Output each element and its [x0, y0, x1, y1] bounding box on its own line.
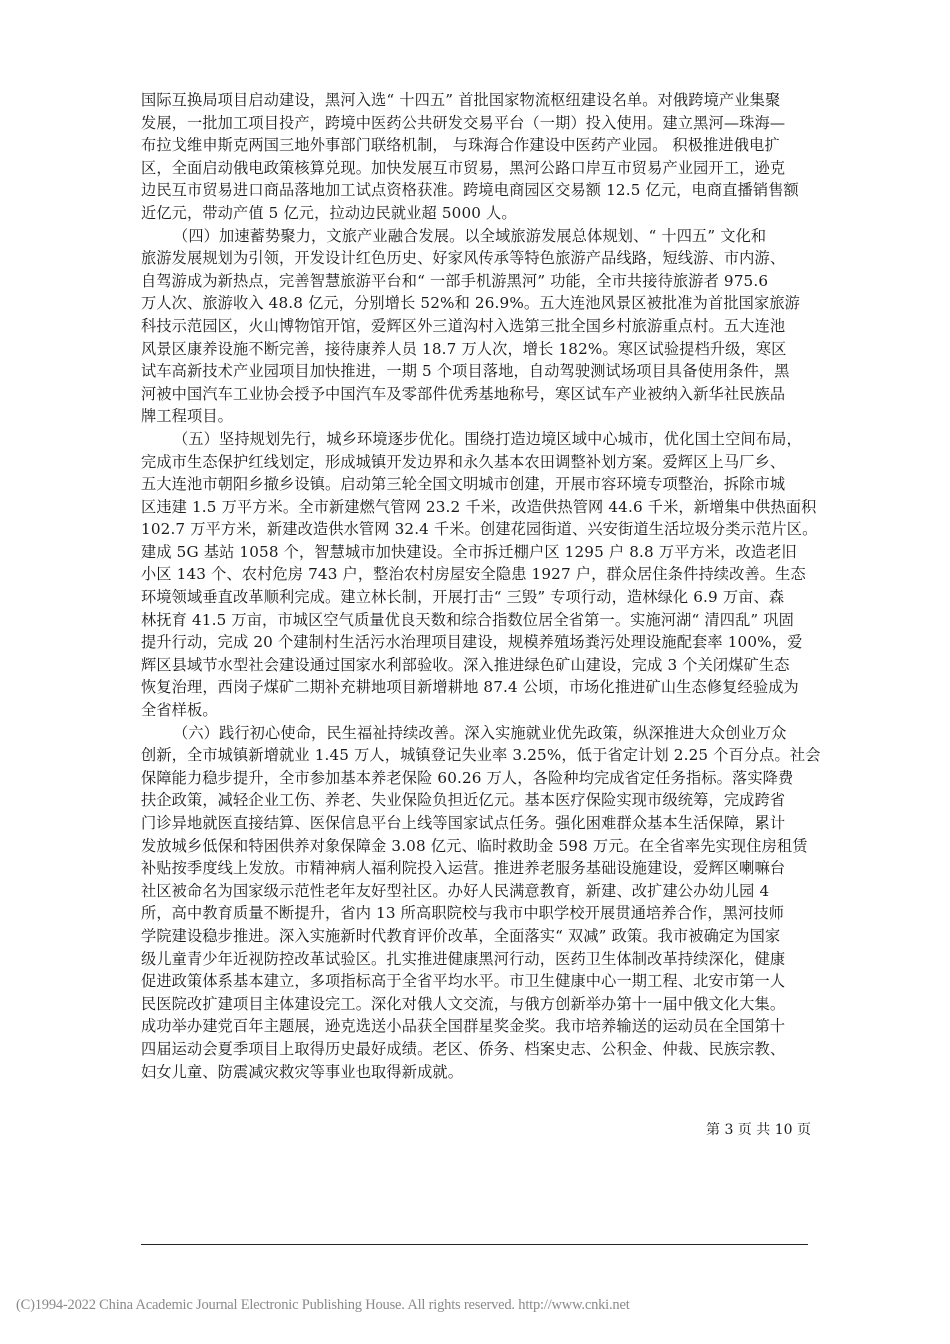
- text-line: 万人次、旅游收入 48.8 亿元，分别增长 52%和 26.9%。五大连池风景区…: [141, 292, 821, 315]
- document-body: 国际互换局项目启动建设，黑河入选“ 十四五” 首批国家物流枢纽建设名单。对俄跨境…: [141, 89, 821, 1083]
- text-line: 小区 143 个、农村危房 743 户，整治农村房屋安全隐患 1927 户，群众…: [141, 563, 821, 586]
- text-line: 创新，全市城镇新增就业 1.45 万人，城镇登记失业率 3.25%，低于省定计划…: [141, 744, 821, 767]
- text-line: 民医院改扩建项目主体建设完工。深化对俄人文交流，与俄方创新举办第十一届中俄文化大…: [141, 993, 821, 1016]
- text-line: 林抚育 41.5 万亩，市城区空气质量优良天数和综合指数位居全省第一。实施河湖“…: [141, 609, 821, 632]
- text-line: 学院建设稳步推进。深入实施新时代教育评价改革，全面落实“ 双减” 政策。我市被确…: [141, 925, 821, 948]
- paragraph-first-line: （五）坚持规划先行，城乡环境逐步优化。围绕打造边境区域中心城市，优化国土空间布局…: [141, 428, 821, 451]
- text-line: 区违建 1.5 万平方米。全市新建燃气管网 23.2 千米，改造供热管网 44.…: [141, 496, 821, 519]
- text-line: 五大连池市朝阳乡撤乡设镇。启动第三轮全国文明城市创建，开展市容环境专项整治，拆除…: [141, 473, 821, 496]
- text-line: 补贴按季度线上发放。市精神病人福利院投入运营。推进养老服务基础设施建设，爱辉区喇…: [141, 857, 821, 880]
- footer-divider: [141, 1244, 808, 1245]
- text-line: 全省样板。: [141, 699, 821, 722]
- text-line: 完成市生态保护红线划定，形成城镇开发边界和永久基本农田调整补划方案。爱辉区上马厂…: [141, 451, 821, 474]
- paragraph-first-line: （四）加速蓄势聚力，文旅产业融合发展。以全域旅游发展总体规划、“ 十四五” 文化…: [141, 225, 821, 248]
- text-line: 风景区康养设施不断完善，接待康养人员 18.7 万人次，增长 182%。寒区试验…: [141, 338, 821, 361]
- text-line: 牌工程项目。: [141, 405, 821, 428]
- text-line: 发展，一批加工项目投产，跨境中医药公共研发交易平台（一期）投入使用。建立黑河—珠…: [141, 112, 821, 135]
- text-line: 辉区县域节水型社会建设通过国家水利部验收。深入推进绿色矿山建设，完成 3 个关闭…: [141, 654, 821, 677]
- text-line: 发放城乡低保和特困供养对象保障金 3.08 亿元、临时救助金 598 万元。在全…: [141, 835, 821, 858]
- text-line: 级儿童青少年近视防控改革试验区。扎实推进健康黑河行动，医药卫生体制改革持续深化，…: [141, 948, 821, 971]
- text-line: 边民互市贸易进口商品落地加工试点资格获准。跨境电商园区交易额 12.5 亿元，电…: [141, 179, 821, 202]
- copyright-notice: (C)1994-2022 China Academic Journal Elec…: [16, 1297, 630, 1314]
- text-line: 102.7 万平方米，新建改造供水管网 32.4 千米。创建花园街道、兴安街道生…: [141, 518, 821, 541]
- text-line: 旅游发展规划为引领，开发设计红色历史、好家风传承等特色旅游产品线路，短线游、市内…: [141, 247, 821, 270]
- text-line: 促进政策体系基本建立，多项指标高于全省平均水平。市卫生健康中心一期工程、北安市第…: [141, 970, 821, 993]
- text-line: 科技示范园区，火山博物馆开馆，爱辉区外三道沟村入选第三批全国乡村旅游重点村。五大…: [141, 315, 821, 338]
- text-line: 四届运动会夏季项目上取得历史最好成绩。老区、侨务、档案史志、公积金、仲裁、民族宗…: [141, 1038, 821, 1061]
- text-line: 扶企政策，减轻企业工伤、养老、失业保险负担近亿元。基本医疗保险实现市级统筹，完成…: [141, 789, 821, 812]
- text-line: 近亿元，带动产值 5 亿元，拉动边民就业超 5000 人。: [141, 202, 821, 225]
- text-line: 妇女儿童、防震减灾救灾等事业也取得新成就。: [141, 1061, 821, 1084]
- text-line: 布拉戈维申斯克两国三地外事部门联络机制， 与珠海合作建设中医药产业园。 积极推进…: [141, 134, 821, 157]
- text-line: 建成 5G 基站 1058 个，智慧城市加快建设。全市拆迁棚户区 1295 户 …: [141, 541, 821, 564]
- text-line: 保障能力稳步提升，全市参加基本养老保险 60.26 万人，各险种均完成省定任务指…: [141, 767, 821, 790]
- text-line: 恢复治理，西岗子煤矿二期补充耕地项目新增耕地 87.4 公顷，市场化推进矿山生态…: [141, 676, 821, 699]
- text-line: 环境领域垂直改革顺利完成。建立林长制，开展打击“ 三毁” 专项行动，造林绿化 6…: [141, 586, 821, 609]
- text-line: 国际互换局项目启动建设，黑河入选“ 十四五” 首批国家物流枢纽建设名单。对俄跨境…: [141, 89, 821, 112]
- text-line: 门诊异地就医直接结算、医保信息平台上线等国家试点任务。强化困难群众基本生活保障，…: [141, 812, 821, 835]
- text-line: 所，高中教育质量不断提升，省内 13 所高职院校与我市中职学校开展贯通培养合作，…: [141, 902, 821, 925]
- page-number: 第 3 页 共 10 页: [706, 1119, 811, 1139]
- text-line: 社区被命名为国家级示范性老年友好型社区。办好人民满意教育，新建、改扩建公办幼儿园…: [141, 880, 821, 903]
- text-line: 提升行动，完成 20 个建制村生活污水治理项目建设，规模养殖场粪污处理设施配套率…: [141, 631, 821, 654]
- text-line: 成功举办建党百年主题展，逊克选送小品获全国群星奖金奖。我市培养输送的运动员在全国…: [141, 1015, 821, 1038]
- text-line: 区，全面启动俄电政策核算兑现。加快发展互市贸易，黑河公路口岸互市贸易产业园开工，…: [141, 157, 821, 180]
- text-line: 试车高新技术产业园项目加快推进，一期 5 个项目落地，自动驾驶测试场项目具备使用…: [141, 360, 821, 383]
- paragraph-first-line: （六）践行初心使命，民生福祉持续改善。深入实施就业优先政策，纵深推进大众创业万众: [141, 722, 821, 745]
- text-line: 河被中国汽车工业协会授予中国汽车及零部件优秀基地称号，寒区试车产业被纳入新华社民…: [141, 383, 821, 406]
- text-line: 自驾游成为新热点，完善智慧旅游平台和“ 一部手机游黑河” 功能，全市共接待旅游者…: [141, 270, 821, 293]
